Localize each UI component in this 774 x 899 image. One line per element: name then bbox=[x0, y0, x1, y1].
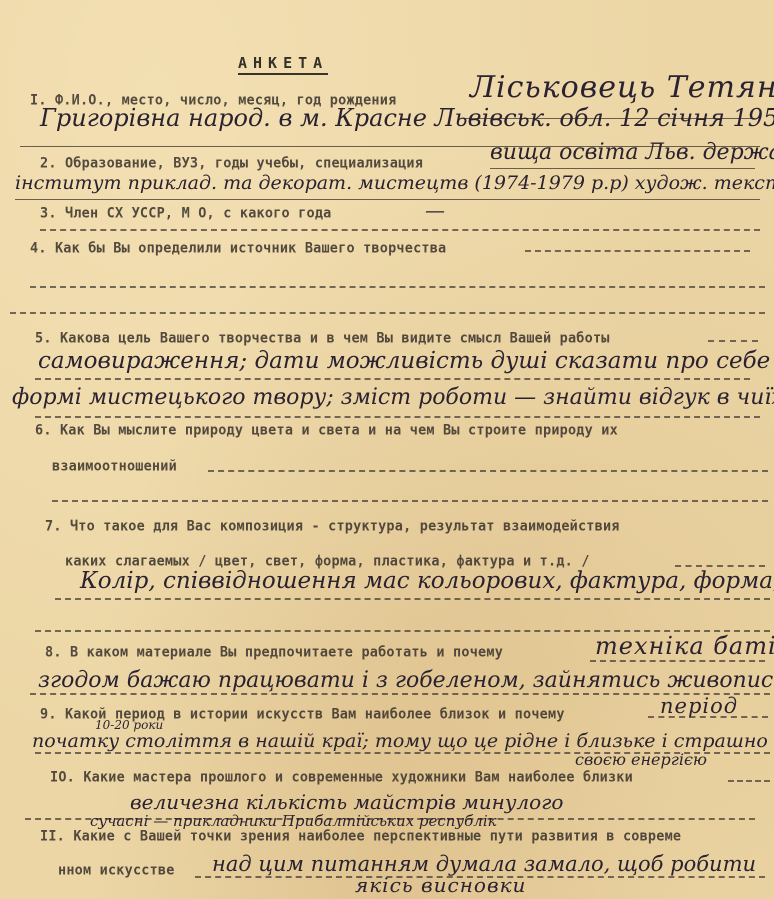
answer-7: Колір, співвідношення мас кольорових, фа… bbox=[80, 568, 774, 594]
answer-2-line-2: інститут приклад. та декорат. мистецтв (… bbox=[15, 172, 774, 194]
answer-line bbox=[35, 378, 750, 380]
answer-line bbox=[30, 693, 770, 695]
answer-5-line-2: формі мистецького твору; зміст роботи — … bbox=[12, 385, 774, 410]
answer-2-line-1: вища освіта Льв. держав. bbox=[490, 140, 774, 165]
question-10: IO. Какие мастера прошлого и современные… bbox=[50, 768, 633, 785]
answer-line bbox=[708, 340, 758, 342]
answer-line bbox=[675, 565, 765, 567]
answer-line bbox=[55, 598, 770, 600]
answer-8-line-1: техніка батік bbox=[595, 632, 774, 660]
question-3: 3. Член СХ УССР, М О, с какого года bbox=[40, 204, 331, 221]
answer-line bbox=[490, 168, 755, 169]
answer-3: — bbox=[425, 198, 446, 222]
answer-field-6[interactable] bbox=[208, 470, 768, 472]
question-7: 7. Что такое для Вас композиция - структ… bbox=[45, 517, 620, 534]
answer-9-line-2: своєю енергією bbox=[575, 750, 707, 769]
answer-field-6[interactable] bbox=[52, 500, 768, 502]
question-6-cont: взаимоотношений bbox=[52, 457, 177, 474]
question-6: 6. Как Вы мыслите природу цвета и света … bbox=[35, 421, 618, 438]
questionnaire-page: АНКЕТА I. Ф.И.О., место, число, месяц, г… bbox=[0, 0, 774, 899]
answer-9-line-1: початку століття в нашій краї; тому що ц… bbox=[32, 730, 774, 752]
answer-line bbox=[590, 660, 765, 662]
answer-line bbox=[40, 229, 760, 231]
question-2: 2. Образование, ВУЗ, годы учебы, специал… bbox=[40, 154, 423, 171]
answer-field-4[interactable] bbox=[30, 286, 765, 288]
answer-1-line-1: Ліськовець Тетяна bbox=[470, 70, 774, 105]
question-11: II. Какие с Вашей точки зрения наиболее … bbox=[40, 827, 681, 844]
question-5: 5. Какова цель Вашего творчества и в чем… bbox=[35, 329, 610, 346]
answer-1-line-2: Григорівна народ. в м. Красне Львівськ. … bbox=[40, 104, 774, 132]
question-8: 8. В каком материале Вы предпочитаете ра… bbox=[45, 643, 503, 660]
document-title: АНКЕТА bbox=[238, 54, 328, 75]
question-11-cont: нном искусстве bbox=[58, 861, 175, 878]
answer-9-header: період bbox=[660, 694, 738, 718]
answer-8-line-2: згодом бажаю працювати і з гобеленом, за… bbox=[38, 668, 774, 693]
answer-line bbox=[648, 716, 768, 718]
answer-field-4[interactable] bbox=[525, 250, 750, 252]
answer-11-line-2: якісь висновки bbox=[355, 873, 526, 897]
answer-line bbox=[15, 199, 760, 200]
answer-10-line-1: величезна кількість майстрів минулого bbox=[130, 790, 563, 814]
answer-line bbox=[35, 416, 760, 418]
answer-line bbox=[728, 780, 770, 782]
answer-5-line-1: самовираження; дати можливість душі сказ… bbox=[38, 348, 774, 374]
question-4: 4. Как бы Вы определили источник Вашего … bbox=[30, 239, 446, 256]
answer-field-4[interactable] bbox=[10, 312, 765, 314]
